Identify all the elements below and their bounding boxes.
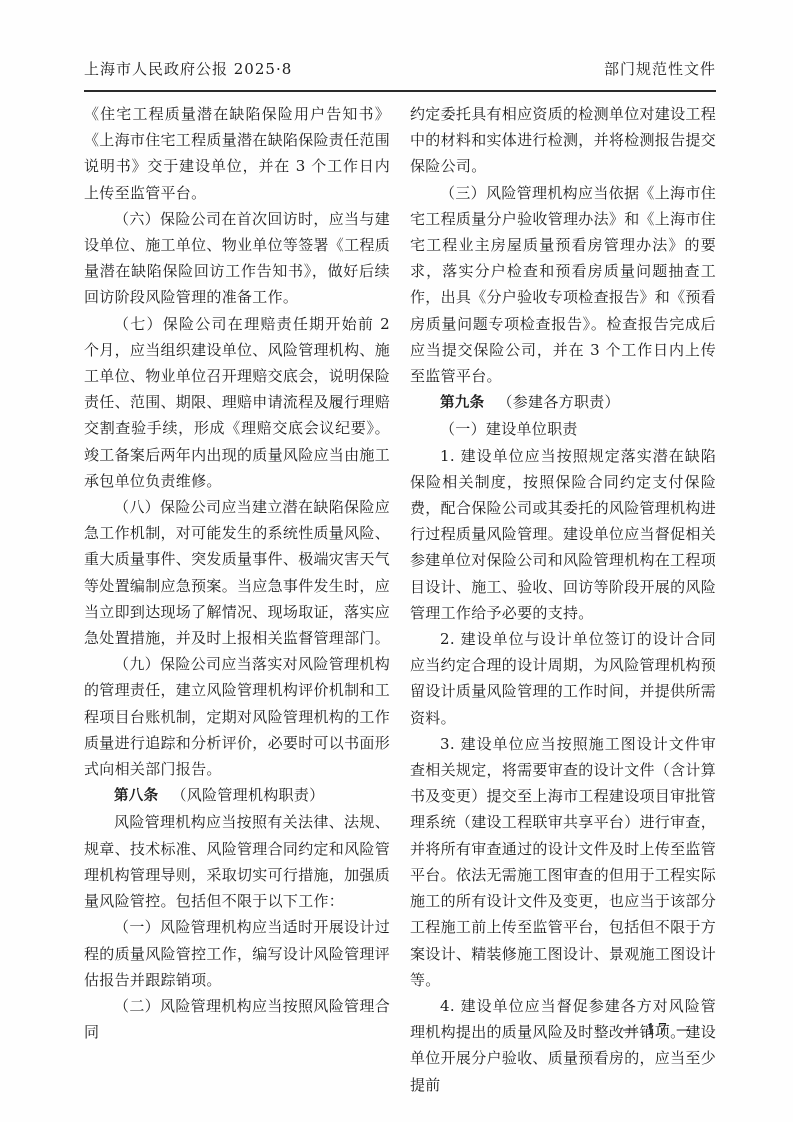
paragraph: 约定委托具有相应资质的检测单位对建设工程中的材料和实体进行检测，并将检测报告提交… xyxy=(410,101,716,180)
paragraph: （三）风险管理机构应当依据《上海市住宅工程质量分户验收管理办法》和《上海市住宅工… xyxy=(410,180,716,390)
paragraph: （九）保险公司应当落实对风险管理机构的管理责任，建立风险管理机构评价机制和工程项… xyxy=(84,651,390,782)
paragraph: 1. 建设单位应当按照规定落实潜在缺陷保险相关制度，按照保险合同约定支付保险费，… xyxy=(410,443,716,626)
paragraph: （六）保险公司在首次回访时，应当与建设单位、施工单位、物业单位等签署《工程质量潜… xyxy=(84,206,390,311)
article-number: 第九条 xyxy=(440,395,484,411)
paragraph: （一）建设单位职责 xyxy=(410,416,716,442)
paragraph: （一）风险管理机构应当适时开展设计过程的质量风险管控工作，编写设计风险管理评估报… xyxy=(84,914,390,993)
paragraph: 第九条（参建各方职责） xyxy=(410,389,716,416)
paragraph: （八）保险公司应当建立潜在缺陷保险应急工作机制，对可能发生的系统性质量风险、重大… xyxy=(84,494,390,651)
paragraph: 风险管理机构应当按照有关法律、法规、规章、技术标准、风险管理合同约定和风险管理机… xyxy=(84,809,390,914)
page-header: 上海市人民政府公报 2025·8 部门规范性文件 xyxy=(84,58,716,92)
paragraph: 4. 建设单位应当督促参建各方对风险管理机构提出的质量风险及时整改并销项。建设单… xyxy=(410,993,716,1098)
paragraph: 3. 建设单位应当按照施工图设计文件审查相关规定，将需要审查的设计文件（含计算书… xyxy=(410,731,716,993)
paragraph: 第八条（风险管理机构职责） xyxy=(84,782,390,809)
text-column-left: 《住宅工程质量潜在缺陷保险用户告知书》《上海市住宅工程质量潜在缺陷保险责任范围说… xyxy=(84,101,390,1098)
article-number: 第八条 xyxy=(114,788,158,804)
paragraph: （二）风险管理机构应当按照风险管理合同 xyxy=(84,993,390,1045)
document-body: 《住宅工程质量潜在缺陷保险用户告知书》《上海市住宅工程质量潜在缺陷保险责任范围说… xyxy=(84,101,716,1098)
gazette-page: 上海市人民政府公报 2025·8 部门规范性文件 《住宅工程质量潜在缺陷保险用户… xyxy=(0,0,793,1122)
paragraph: （七）保险公司在理赔责任期开始前 2 个月，应当组织建设单位、风险管理机构、施工… xyxy=(84,311,390,494)
page-number: — 17 — xyxy=(622,1020,693,1038)
paragraph: 《住宅工程质量潜在缺陷保险用户告知书》《上海市住宅工程质量潜在缺陷保险责任范围说… xyxy=(84,101,390,206)
text-column-right: 约定委托具有相应资质的检测单位对建设工程中的材料和实体进行检测，并将检测报告提交… xyxy=(410,101,716,1098)
gazette-title: 上海市人民政府公报 2025·8 xyxy=(84,58,292,79)
section-label: 部门规范性文件 xyxy=(604,58,716,79)
paragraph: 2. 建设单位与设计单位签订的设计合同应当约定合理的设计周期，为风险管理机构预留… xyxy=(410,626,716,731)
